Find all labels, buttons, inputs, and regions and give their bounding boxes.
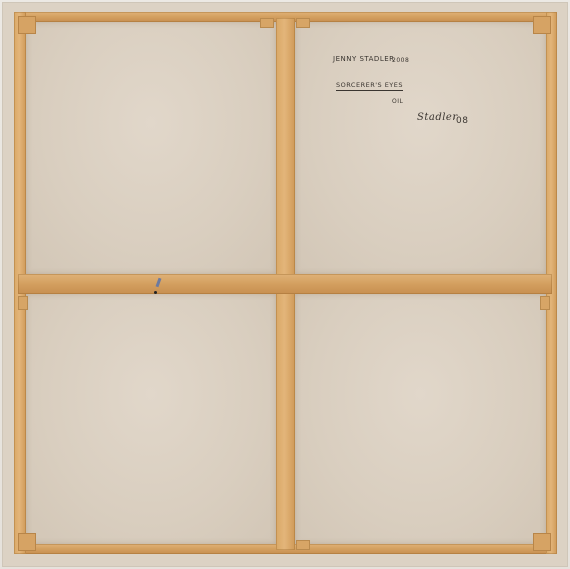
wedge-left [18, 296, 28, 310]
signature-year: '08 [453, 116, 468, 126]
corner-key-bottom-left [18, 533, 36, 551]
artist-name-inscription: JENNY STADLER [333, 55, 395, 63]
canvas-panel-bottom-right [295, 294, 546, 544]
wedge-top-left [260, 18, 274, 28]
stretcher-horizontal-crossbar [18, 274, 552, 294]
wedge-right [540, 296, 550, 310]
title-inscription: SORCERER'S EYES [336, 81, 403, 91]
canvas-panel-bottom-left [26, 294, 276, 544]
corner-key-top-left [18, 16, 36, 34]
corner-key-top-right [533, 16, 551, 34]
year-inscription: 2008 [392, 57, 409, 64]
wedge-top-right [296, 18, 310, 28]
medium-inscription: OIL [392, 98, 403, 105]
corner-key-bottom-right [533, 533, 551, 551]
wedge-bottom-left [296, 540, 310, 550]
photo-scene: JENNY STADLER 2008 SORCERER'S EYES OIL S… [0, 0, 570, 569]
canvas-panel-top-left [26, 22, 276, 274]
signature: Stadler [417, 112, 458, 123]
ink-dot [154, 291, 157, 294]
